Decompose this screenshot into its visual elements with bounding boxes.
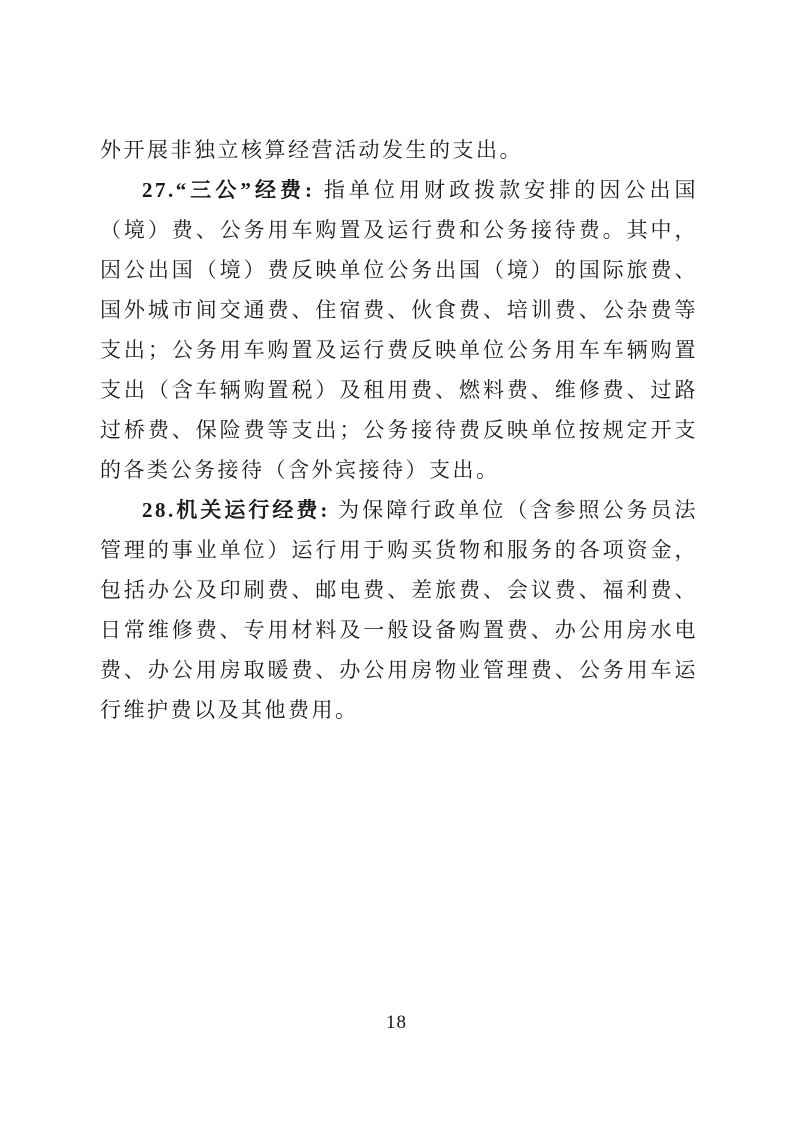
page-footer: 18 <box>0 1012 793 1034</box>
term-28-definition: 为保障行政单位（含参照公务员法管理的事业单位）运行用于购买货物和服务的各项资金，… <box>100 498 698 722</box>
paragraph-continuation: 外开展非独立核算经营活动发生的支出。 <box>100 130 698 170</box>
term-28-label: 28.机关运行经费: <box>142 498 330 522</box>
paragraph-term-28: 28.机关运行经费: 为保障行政单位（含参照公务员法管理的事业单位）运行用于购买… <box>100 490 698 730</box>
document-body: 外开展非独立核算经营活动发生的支出。 27.“三公”经费: 指单位用财政拨款安排… <box>100 130 698 730</box>
term-27-definition: 指单位用财政拨款安排的因公出国（境）费、公务用车购置及运行费和公务接待费。其中，… <box>100 178 698 482</box>
page-number: 18 <box>386 1012 407 1033</box>
term-27-label: 27.“三公”经费: <box>142 178 315 202</box>
paragraph-term-27: 27.“三公”经费: 指单位用财政拨款安排的因公出国（境）费、公务用车购置及运行… <box>100 170 698 490</box>
document-page: 外开展非独立核算经营活动发生的支出。 27.“三公”经费: 指单位用财政拨款安排… <box>0 0 793 1122</box>
